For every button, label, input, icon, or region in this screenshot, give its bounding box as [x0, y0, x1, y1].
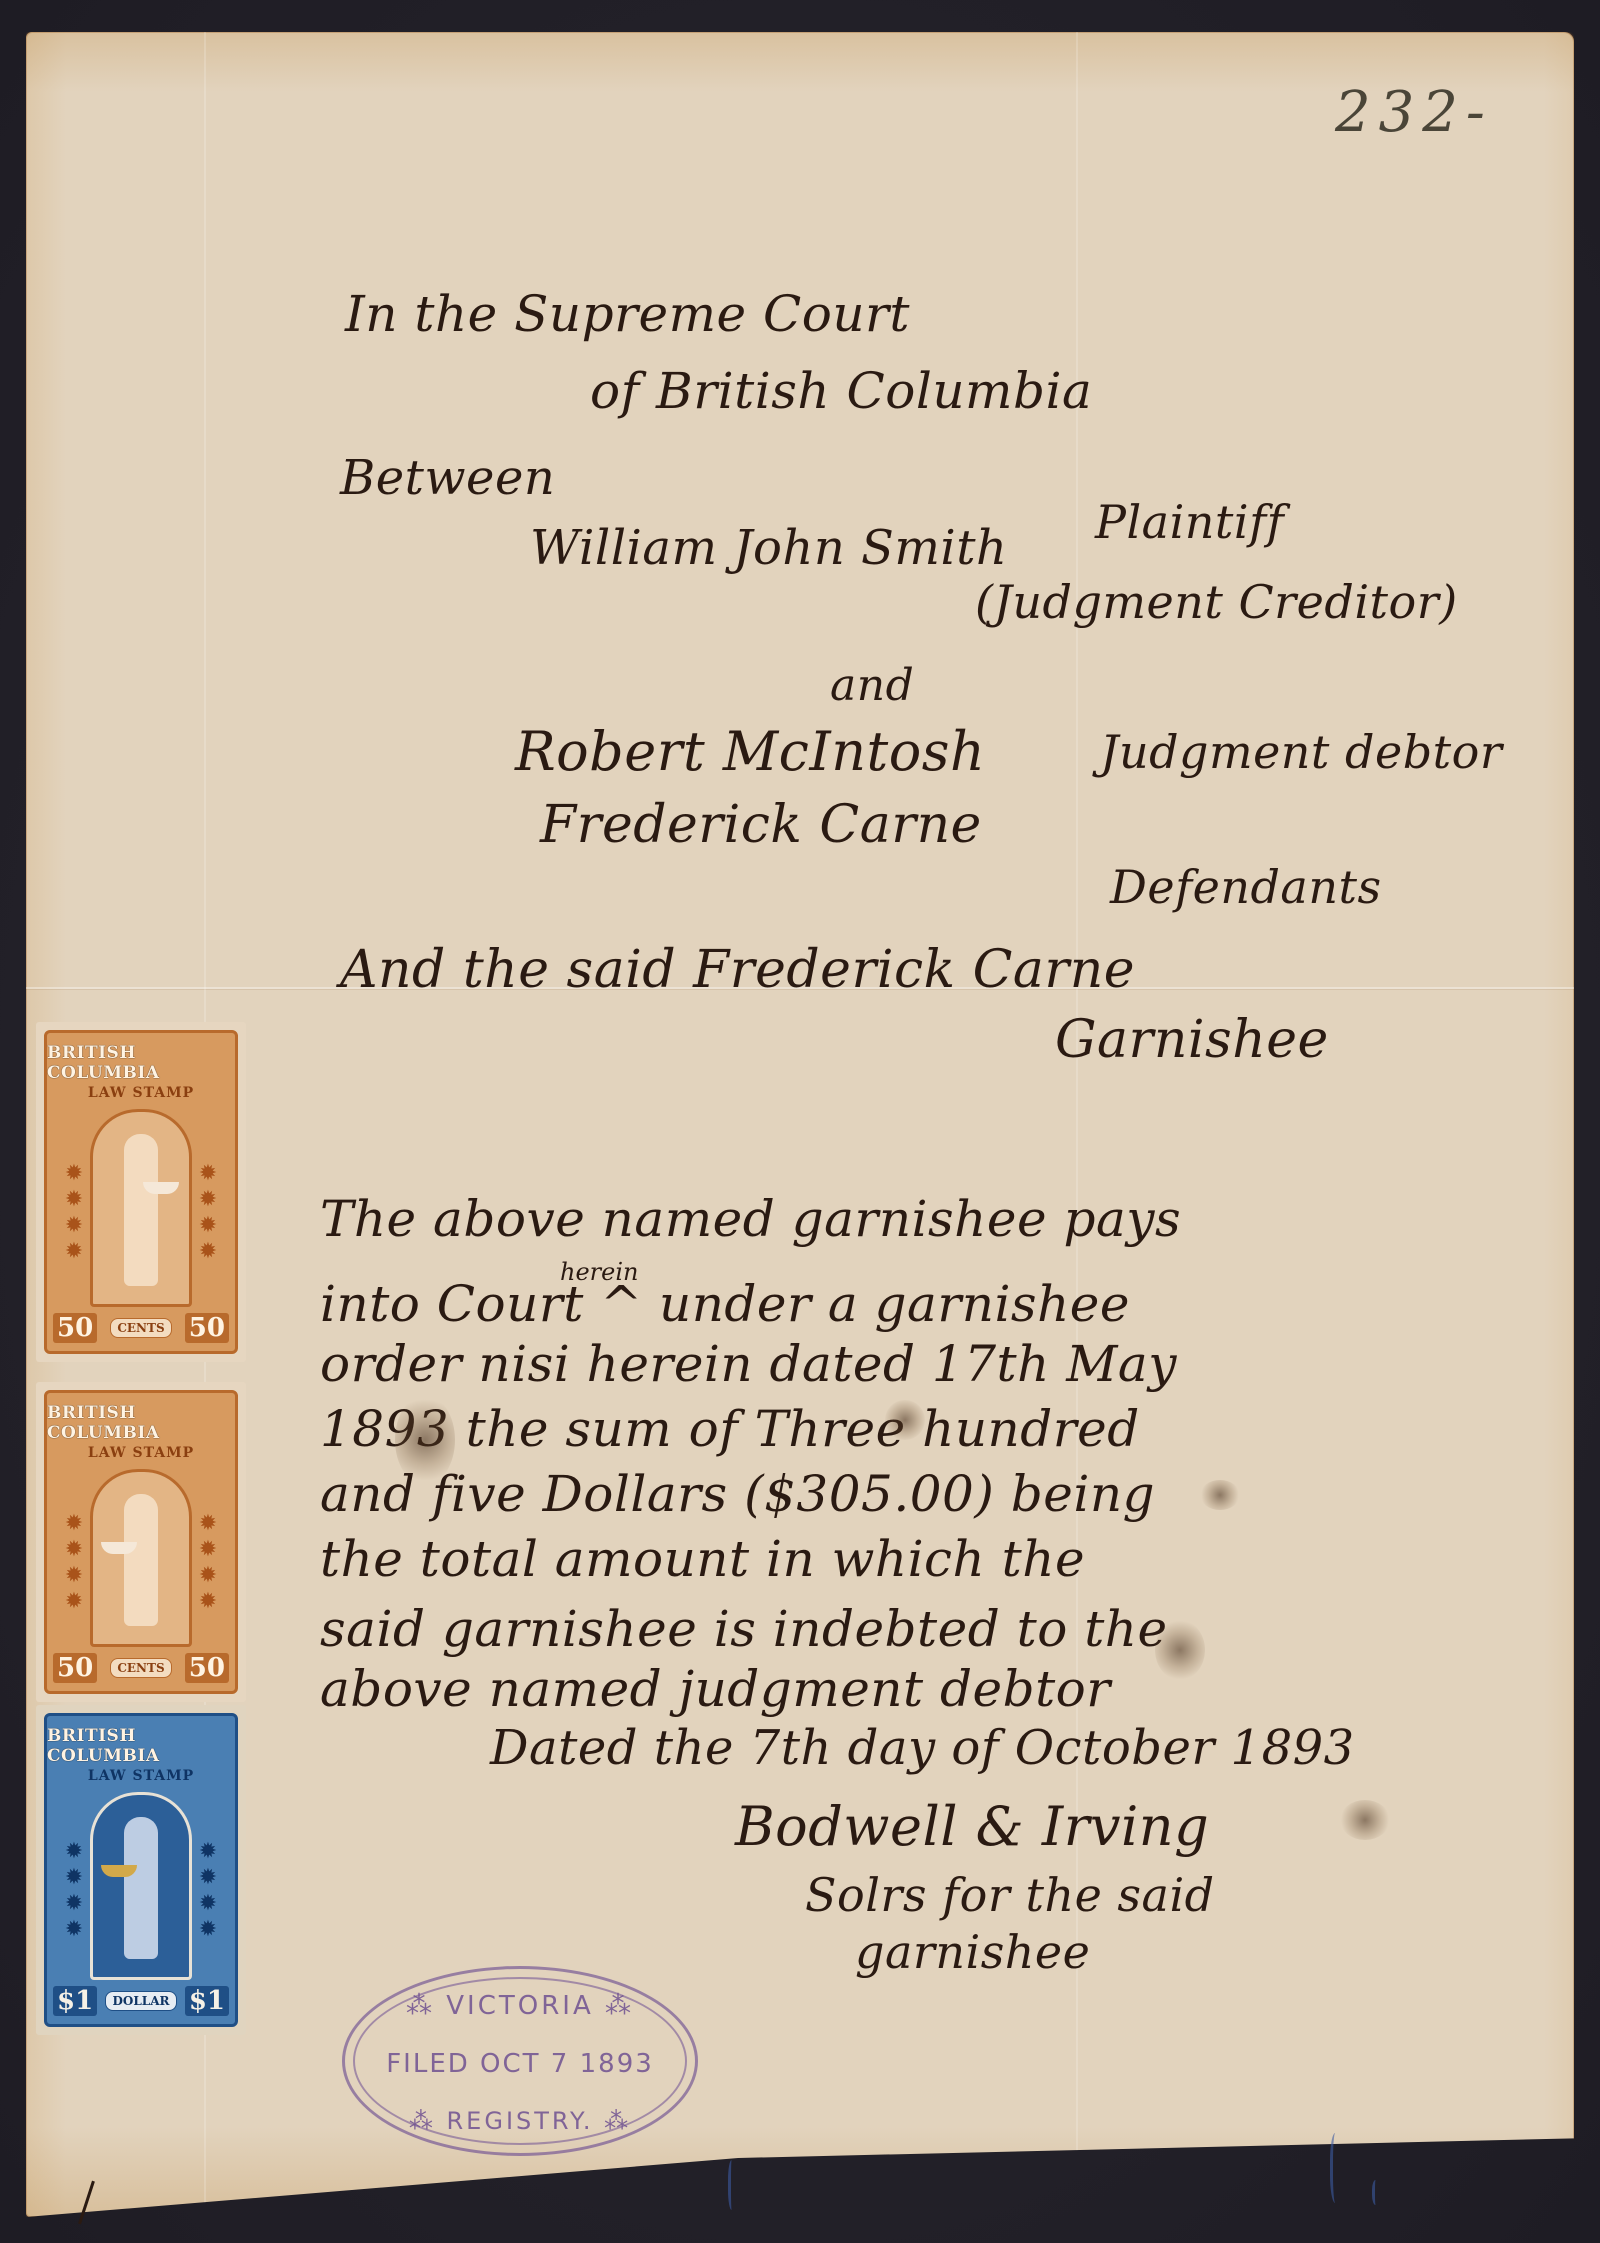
signature-line3: garnishee [855, 1925, 1090, 1979]
defendants-group-role: Defendants [1110, 860, 1382, 914]
rosette-icon: ✹✹✹✹ [191, 1816, 225, 1964]
body-line: and five Dollars ($305.00) being [320, 1465, 1155, 1523]
pencil-mark [1372, 2180, 1381, 2205]
stamp-title: BRITISH COLUMBIA [47, 1043, 235, 1083]
justice-figure-icon [124, 1494, 158, 1626]
body-line: the total amount in which the [320, 1530, 1085, 1588]
body-line: into Court ^ under a garnishee [320, 1275, 1130, 1333]
rosette-icon: ✹✹✹✹ [57, 1816, 91, 1964]
rosette-icon: ✹✹✹✹ [191, 1493, 225, 1631]
ink-stain [1200, 1480, 1240, 1510]
law-stamp-50-cents: BRITISH COLUMBIA LAW STAMP ✹✹✹✹ ✹✹✹✹ 50 … [36, 1022, 246, 1362]
justice-figure-arch [90, 1469, 192, 1647]
scales-icon [143, 1182, 179, 1194]
stamp-value: 50 [185, 1313, 229, 1343]
body-line: The above named garnishee pays [320, 1190, 1181, 1248]
pencil-mark [728, 2160, 737, 2210]
registry-filed-date: FILED OCT 7 1893 [345, 2049, 695, 2079]
stamp-value: 50 [53, 1653, 97, 1683]
signature-line2: Solrs for the said [805, 1868, 1215, 1922]
stamp-value: $1 [185, 1986, 229, 2016]
justice-figure-icon [124, 1134, 158, 1286]
stamp-title: BRITISH COLUMBIA [47, 1403, 235, 1443]
dated-line: Dated the 7th day of October 1893 [490, 1720, 1355, 1776]
stamp-unit: CENTS [110, 1658, 171, 1678]
ink-stain [885, 1400, 925, 1440]
stamp-value: 50 [185, 1653, 229, 1683]
registry-bottom-text: ⁂ REGISTRY. ⁂ [345, 2107, 695, 2135]
ink-stain [1340, 1800, 1390, 1840]
rosette-icon: ✹✹✹✹ [191, 1133, 225, 1291]
plaintiff-name: William John Smith [530, 520, 1007, 576]
stamp-subtitle: LAW STAMP [88, 1768, 194, 1784]
rosette-icon: ✹✹✹✹ [57, 1493, 91, 1631]
court-heading-line2: of British Columbia [590, 362, 1092, 420]
stamp-subtitle: LAW STAMP [88, 1445, 194, 1461]
stamp-value: $1 [53, 1986, 97, 2016]
pencil-mark [1330, 2133, 1343, 2203]
garnishee-line: And the said Frederick Carne [340, 940, 1135, 1000]
body-line: said garnishee is indebted to the [320, 1600, 1168, 1658]
body-line: order nisi herein dated 17th May [320, 1335, 1177, 1393]
law-stamp-50-cents: BRITISH COLUMBIA LAW STAMP ✹✹✹✹ ✹✹✹✹ 50 … [36, 1382, 246, 1702]
folio-number: 232- [1335, 80, 1493, 145]
justice-figure-arch [90, 1109, 192, 1307]
stamp-unit: CENTS [110, 1318, 171, 1338]
registry-top-text: ⁂ VICTORIA ⁂ [345, 1991, 695, 2021]
stamp-title: BRITISH COLUMBIA [47, 1726, 235, 1766]
body-line: above named judgment debtor [320, 1660, 1111, 1718]
law-stamp-1-dollar: BRITISH COLUMBIA LAW STAMP ✹✹✹✹ ✹✹✹✹ $1 … [36, 1705, 246, 2035]
justice-figure-icon [124, 1817, 158, 1959]
plaintiff-role: Plaintiff [1095, 495, 1284, 549]
document-sheet [26, 32, 1574, 2217]
rosette-icon: ✹✹✹✹ [57, 1133, 91, 1291]
stamp-unit: DOLLAR [105, 1991, 176, 2011]
ink-stain [395, 1395, 455, 1485]
court-heading-line1: In the Supreme Court [345, 285, 910, 343]
between-label: Between [340, 450, 555, 506]
defendant-name: Robert McIntosh [515, 720, 985, 783]
defendant-name: Frederick Carne [540, 795, 982, 855]
garnishee-role: Garnishee [1055, 1010, 1329, 1070]
registry-filed-stamp: ⁂ VICTORIA ⁂ FILED OCT 7 1893 ⁂ REGISTRY… [342, 1966, 698, 2156]
justice-figure-arch [90, 1792, 192, 1980]
ink-stain [1155, 1620, 1205, 1680]
signature-firm: Bodwell & Irving [735, 1795, 1209, 1858]
stamp-subtitle: LAW STAMP [88, 1085, 194, 1101]
stamp-value: 50 [53, 1313, 97, 1343]
defendant-role: Judgment debtor [1100, 725, 1502, 779]
plaintiff-sub-role: (Judgment Creditor) [975, 575, 1458, 629]
and-label: and [830, 660, 914, 711]
